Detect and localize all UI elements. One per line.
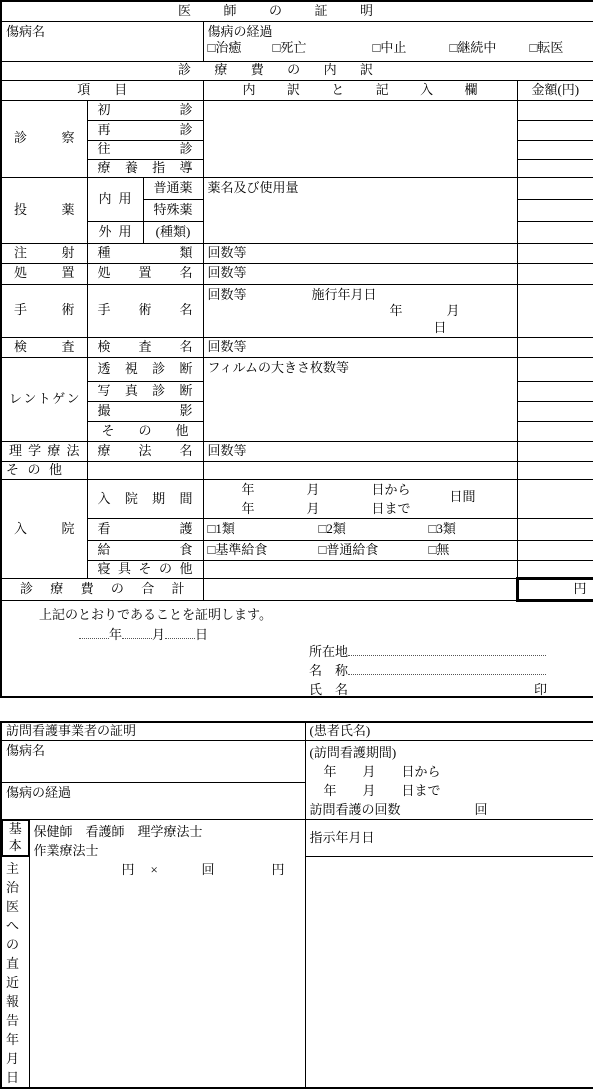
amount-cell[interactable] xyxy=(517,243,593,263)
amount-cell[interactable] xyxy=(517,402,593,422)
header-detail: 内訳と記入欄 xyxy=(243,82,478,99)
surgery-sub-cell: 手術名 xyxy=(87,284,203,338)
other-detail-cell[interactable] xyxy=(203,462,517,480)
amount-cell[interactable] xyxy=(517,284,593,338)
month-label: 月 xyxy=(447,303,460,320)
org-name-label: 名 称 xyxy=(309,663,348,678)
surgery-name-label: 手術名 xyxy=(92,302,199,319)
dotted-line xyxy=(122,627,152,639)
table-row: 寝具その他 xyxy=(1,561,593,579)
first-visit-label: 初診 xyxy=(92,102,199,119)
bedding-label: 寝具その他 xyxy=(92,561,199,578)
surgery-detail-cell[interactable]: 回数等施行年月日 年月日 xyxy=(203,284,517,338)
therapy-name-label: 療法名 xyxy=(92,443,199,460)
visit-to: 年 月 日まで xyxy=(310,781,590,800)
amount-cell[interactable] xyxy=(517,338,593,358)
bedding-label-cell: 寝具その他 xyxy=(87,561,203,579)
table-row: 注射 種類 回数等 xyxy=(1,243,593,263)
test-name-label: 検査名 xyxy=(92,339,199,356)
table-row: レントゲン 透視診断 フィルムの大きさ枚数等 xyxy=(1,358,593,382)
checkbox-continuing[interactable]: □継続中 xyxy=(450,40,530,57)
amount-cell[interactable] xyxy=(517,100,593,120)
treatment-sub-cell: 処置名 xyxy=(87,263,203,284)
exam-row-label-cell: 再診 xyxy=(87,120,203,140)
amount-cell[interactable] xyxy=(517,422,593,442)
form-title-cell: 医師の証明 xyxy=(1,1,593,21)
address-label: 所在地 xyxy=(309,644,348,659)
table-row: 傷病名 (訪問看護期間) 年 月 日から 年 月 日まで 訪問看護の回数回 xyxy=(1,741,593,783)
table-row: 診療費の合計 円 xyxy=(1,579,593,601)
surgery-note: 回数等 xyxy=(208,287,312,304)
physio-label: 理学療法 xyxy=(6,443,83,460)
signature-block: 所在地 名 称 氏 名印 xyxy=(309,642,547,697)
medication-detail-cell[interactable]: 薬名及び使用量 xyxy=(203,177,517,243)
medication-section-label: 投薬 xyxy=(6,202,83,219)
checkbox-class3[interactable]: □3類 xyxy=(429,521,456,538)
report-line-2: 報告年月日 xyxy=(6,992,25,1087)
physio-detail-cell[interactable]: 回数等 xyxy=(203,442,517,462)
tables-gap xyxy=(0,698,593,721)
injection-kind-label: 種類 xyxy=(92,245,199,262)
yen-label: 円 xyxy=(122,860,151,879)
staff-line-2: 作業療法士 xyxy=(34,841,301,860)
kind-label: (種類) xyxy=(143,221,203,243)
amount-cell[interactable] xyxy=(517,199,593,221)
header-item-cell: 項目 xyxy=(1,80,203,100)
basic-label-cell: 基本 xyxy=(2,820,29,856)
table-row: 給食 □基準給食□普通給食□無 xyxy=(1,541,593,561)
treatment-name-label: 処置名 xyxy=(92,265,199,282)
other-label-cell: その他 xyxy=(1,462,87,480)
yen-unit: 円 xyxy=(574,581,587,596)
surgery-date-line: 年月日 xyxy=(208,303,513,337)
amount-cell[interactable] xyxy=(517,120,593,140)
course-cell: 傷病の経過 □治癒□死亡□中止□継続中□転医 xyxy=(203,21,593,61)
dotted-line xyxy=(165,627,195,639)
checkbox-transferred[interactable]: □転医 xyxy=(530,40,564,57)
imaging-label: 撮影 xyxy=(92,403,199,420)
meal-label: 給食 xyxy=(92,542,199,559)
table-row: 処置 処置名 回数等 xyxy=(1,263,593,284)
visit-count-line: 訪問看護の回数回 xyxy=(310,800,590,819)
house-call-label: 往診 xyxy=(92,141,199,158)
fluoroscopy-label: 透視診断 xyxy=(92,361,199,378)
amount-cell[interactable] xyxy=(517,140,593,159)
test-note: 回数等 xyxy=(208,339,247,354)
course-label: 傷病の経過 xyxy=(208,24,590,41)
times-sign: × xyxy=(151,860,202,879)
treatment-note: 回数等 xyxy=(208,265,247,280)
test-label: 検査 xyxy=(6,339,83,356)
checkbox-death[interactable]: □死亡 xyxy=(273,40,373,57)
report-date-cell: 主治医への直近 報告年月日 xyxy=(1,856,29,1088)
amount-cell[interactable] xyxy=(517,519,593,541)
amount-cell[interactable] xyxy=(517,159,593,177)
injection-sub-cell: 種類 xyxy=(87,243,203,263)
injection-note: 回数等 xyxy=(208,245,247,260)
xray-section-label: レントゲン xyxy=(6,391,83,408)
org-name-line: 名 称 xyxy=(309,661,547,680)
revisit-label: 再診 xyxy=(92,122,199,139)
medication-section-label-cell: 投薬 xyxy=(1,177,87,243)
table-row: 看護 □1類□2類□3類 xyxy=(1,519,593,541)
year-label: 年 xyxy=(390,303,403,318)
injection-detail-cell[interactable]: 回数等 xyxy=(203,243,517,263)
xray-row-label-cell: 撮影 xyxy=(87,402,203,422)
certification-statement: 上記のとおりであることを証明します。 xyxy=(6,604,589,624)
header-amount: 金額(円) xyxy=(517,80,593,100)
dotted-line xyxy=(348,644,546,656)
header-item: 項目 xyxy=(77,82,127,99)
physio-note: 回数等 xyxy=(208,443,247,458)
hospital-section-label-cell: 入院 xyxy=(1,480,87,579)
count-unit-label: 回 xyxy=(202,860,272,879)
amount-cell[interactable] xyxy=(517,541,593,561)
internal-use-cell: 内用 xyxy=(87,177,143,221)
surgery-date-label: 施行年月日 xyxy=(312,287,377,304)
external-use-cell: 外用 xyxy=(87,221,143,243)
person-name-line: 氏 名印 xyxy=(309,680,547,697)
breakdown-title: 診療費の内訳 xyxy=(178,62,373,79)
injury-name-label: 傷病名 xyxy=(1,21,203,61)
yen-label: 円 xyxy=(272,862,285,877)
certification-block: 上記のとおりであることを証明します。 年月日 所在地 名 称 氏 名印 xyxy=(1,601,593,697)
address-line: 所在地 xyxy=(309,642,547,661)
checkbox-no-meal[interactable]: □無 xyxy=(429,542,450,559)
person-name-label: 氏 名 xyxy=(309,682,348,697)
xray-other-label: その他 xyxy=(92,423,199,440)
exam-row-label-cell: 往診 xyxy=(87,140,203,159)
external-use-label: 外用 xyxy=(92,224,139,241)
days-label: 日間 xyxy=(450,489,476,506)
visit-from: 年 月 日から xyxy=(310,762,590,781)
bedding-detail-cell[interactable] xyxy=(203,561,517,579)
visit-count-label: 訪問看護の回数 xyxy=(310,802,401,817)
table-row: 訪問看護事業者の証明 (患者氏名) xyxy=(1,722,593,741)
table-row: 投薬 内用 普通薬 薬名及び使用量 xyxy=(1,177,593,199)
hospital-section-label: 入院 xyxy=(6,521,83,538)
treatment-detail-cell[interactable]: 回数等 xyxy=(203,263,517,284)
patient-name-label: (患者氏名) xyxy=(305,722,593,741)
injury-name-label: 傷病名 xyxy=(1,741,305,783)
seal-label: 印 xyxy=(534,680,547,697)
hospital-period-label-cell: 入院期間 xyxy=(87,480,203,519)
table-row: 検査 検査名 回数等 xyxy=(1,338,593,358)
instruction-date-label: 指示年月日 xyxy=(305,820,593,857)
checkbox-class1[interactable]: □1類 xyxy=(208,521,319,538)
dotted-line xyxy=(79,627,109,639)
table-row: 理学療法 療法名 回数等 xyxy=(1,442,593,462)
normal-medicine-label: 普通薬 xyxy=(143,177,203,199)
exam-section-label: 診察 xyxy=(6,130,83,147)
special-medicine-label: 特殊薬 xyxy=(143,199,203,221)
basic-content-cell: 保健師 看護師 理学療法士 作業療法士 円×回円 xyxy=(29,820,305,1088)
exam-detail-cell[interactable] xyxy=(203,100,517,177)
dotted-line xyxy=(348,663,546,675)
physio-sub-cell: 療法名 xyxy=(87,442,203,462)
physio-label-cell: 理学療法 xyxy=(1,442,87,462)
exam-section-label-cell: 診察 xyxy=(1,100,87,177)
checkbox-normal-meal[interactable]: □普通給食 xyxy=(319,542,429,559)
form-title: 医師の証明 xyxy=(178,3,373,20)
table-row: その他 xyxy=(1,462,593,480)
test-sub-cell: 検査名 xyxy=(87,338,203,358)
surgery-label: 手術 xyxy=(6,302,83,319)
table-row: 診察 初診 xyxy=(1,100,593,120)
treatment-label: 処置 xyxy=(6,265,83,282)
meal-options-cell: □基準給食□普通給食□無 xyxy=(203,541,517,561)
hospital-period-label: 入院期間 xyxy=(92,491,199,508)
treatment-label-cell: 処置 xyxy=(1,263,87,284)
table-row: 基本 保健師 看護師 理学療法士 作業療法士 円×回円 指示年月日 xyxy=(1,820,593,857)
exam-row-label-cell: 初診 xyxy=(87,100,203,120)
surgery-label-cell: 手術 xyxy=(1,284,87,338)
calc-line: 円×回円 xyxy=(34,860,301,879)
xray-row-label-cell: 透視診断 xyxy=(87,358,203,382)
xray-row-label-cell: その他 xyxy=(87,422,203,442)
exam-row-label-cell: 療養指導 xyxy=(87,159,203,177)
xray-row-label-cell: 写真診断 xyxy=(87,382,203,402)
nursing-options-cell: □1類□2類□3類 xyxy=(203,519,517,541)
staff-line-1: 保健師 看護師 理学療法士 xyxy=(34,822,301,841)
other-label: その他 xyxy=(6,462,62,479)
breakdown-title-cell: 診療費の内訳 xyxy=(1,61,593,80)
test-detail-cell[interactable]: 回数等 xyxy=(203,338,517,358)
amount-cell[interactable] xyxy=(517,221,593,243)
day-label: 日 xyxy=(434,320,447,337)
injection-label-cell: 注射 xyxy=(1,243,87,263)
total-label-cell: 診療費の合計 xyxy=(1,579,203,601)
visiting-nurse-certificate-form: 訪問看護事業者の証明 (患者氏名) 傷病名 (訪問看護期間) 年 月 日から 年… xyxy=(0,721,593,1089)
month-label: 月 xyxy=(152,627,165,642)
checkbox-discontinued[interactable]: □中止 xyxy=(373,40,450,57)
checkbox-standard-meal[interactable]: □基準給食 xyxy=(208,542,319,559)
table-row: 手術 手術名 回数等施行年月日 年月日 xyxy=(1,284,593,338)
care-guidance-label: 療養指導 xyxy=(92,160,199,177)
other-sub-cell[interactable] xyxy=(87,462,203,480)
test-label-cell: 検査 xyxy=(1,338,87,358)
day-label: 日 xyxy=(195,627,208,642)
course-label: 傷病の経過 xyxy=(1,783,305,820)
internal-use-label: 内用 xyxy=(92,191,139,208)
total-detail-cell[interactable] xyxy=(203,579,517,601)
provider-title: 訪問看護事業者の証明 xyxy=(1,722,305,741)
photo-diagnosis-label: 写真診断 xyxy=(92,383,199,400)
doctor-certificate-form: 医師の証明 傷病名 傷病の経過 □治癒□死亡□中止□継続中□転医 診療費の内訳 … xyxy=(0,0,593,698)
meal-label-cell: 給食 xyxy=(87,541,203,561)
nursing-label-cell: 看護 xyxy=(87,519,203,541)
visit-period-label: (訪問看護期間) xyxy=(310,743,590,762)
injection-label: 注射 xyxy=(6,245,83,262)
amount-cell[interactable] xyxy=(517,462,593,480)
amount-cell[interactable] xyxy=(517,382,593,402)
amount-cell[interactable] xyxy=(517,561,593,579)
header-detail-cell: 内訳と記入欄 xyxy=(203,80,517,100)
visit-count-unit: 回 xyxy=(475,800,488,819)
hospital-period-cell[interactable]: 年 月 日から 年 月 日まで 日間 xyxy=(203,480,517,519)
medication-note: 薬名及び使用量 xyxy=(208,180,299,195)
amount-cell[interactable] xyxy=(517,442,593,462)
total-amount-cell[interactable]: 円 xyxy=(517,579,593,601)
xray-detail-cell[interactable]: フィルムの大きさ枚数等 xyxy=(203,358,517,442)
year-label: 年 xyxy=(109,627,122,642)
course-options: □治癒□死亡□中止□継続中□転医 xyxy=(208,40,590,57)
checkbox-cured[interactable]: □治癒 xyxy=(208,40,273,57)
report-line-1: 主治医への直近 xyxy=(6,859,25,992)
nursing-label: 看護 xyxy=(92,521,199,538)
visit-period-cell: (訪問看護期間) 年 月 日から 年 月 日まで 訪問看護の回数回 xyxy=(305,741,593,820)
total-label: 診療費の合計 xyxy=(6,581,199,598)
amount-cell[interactable] xyxy=(517,358,593,382)
table-row: 入院 入院期間 年 月 日から 年 月 日まで 日間 xyxy=(1,480,593,519)
xray-note: フィルムの大きさ枚数等 xyxy=(208,360,349,375)
amount-cell[interactable] xyxy=(517,263,593,284)
amount-cell[interactable] xyxy=(517,177,593,199)
xray-section-label-cell: レントゲン xyxy=(1,358,87,442)
amount-cell[interactable] xyxy=(517,480,593,519)
checkbox-class2[interactable]: □2類 xyxy=(319,521,429,538)
